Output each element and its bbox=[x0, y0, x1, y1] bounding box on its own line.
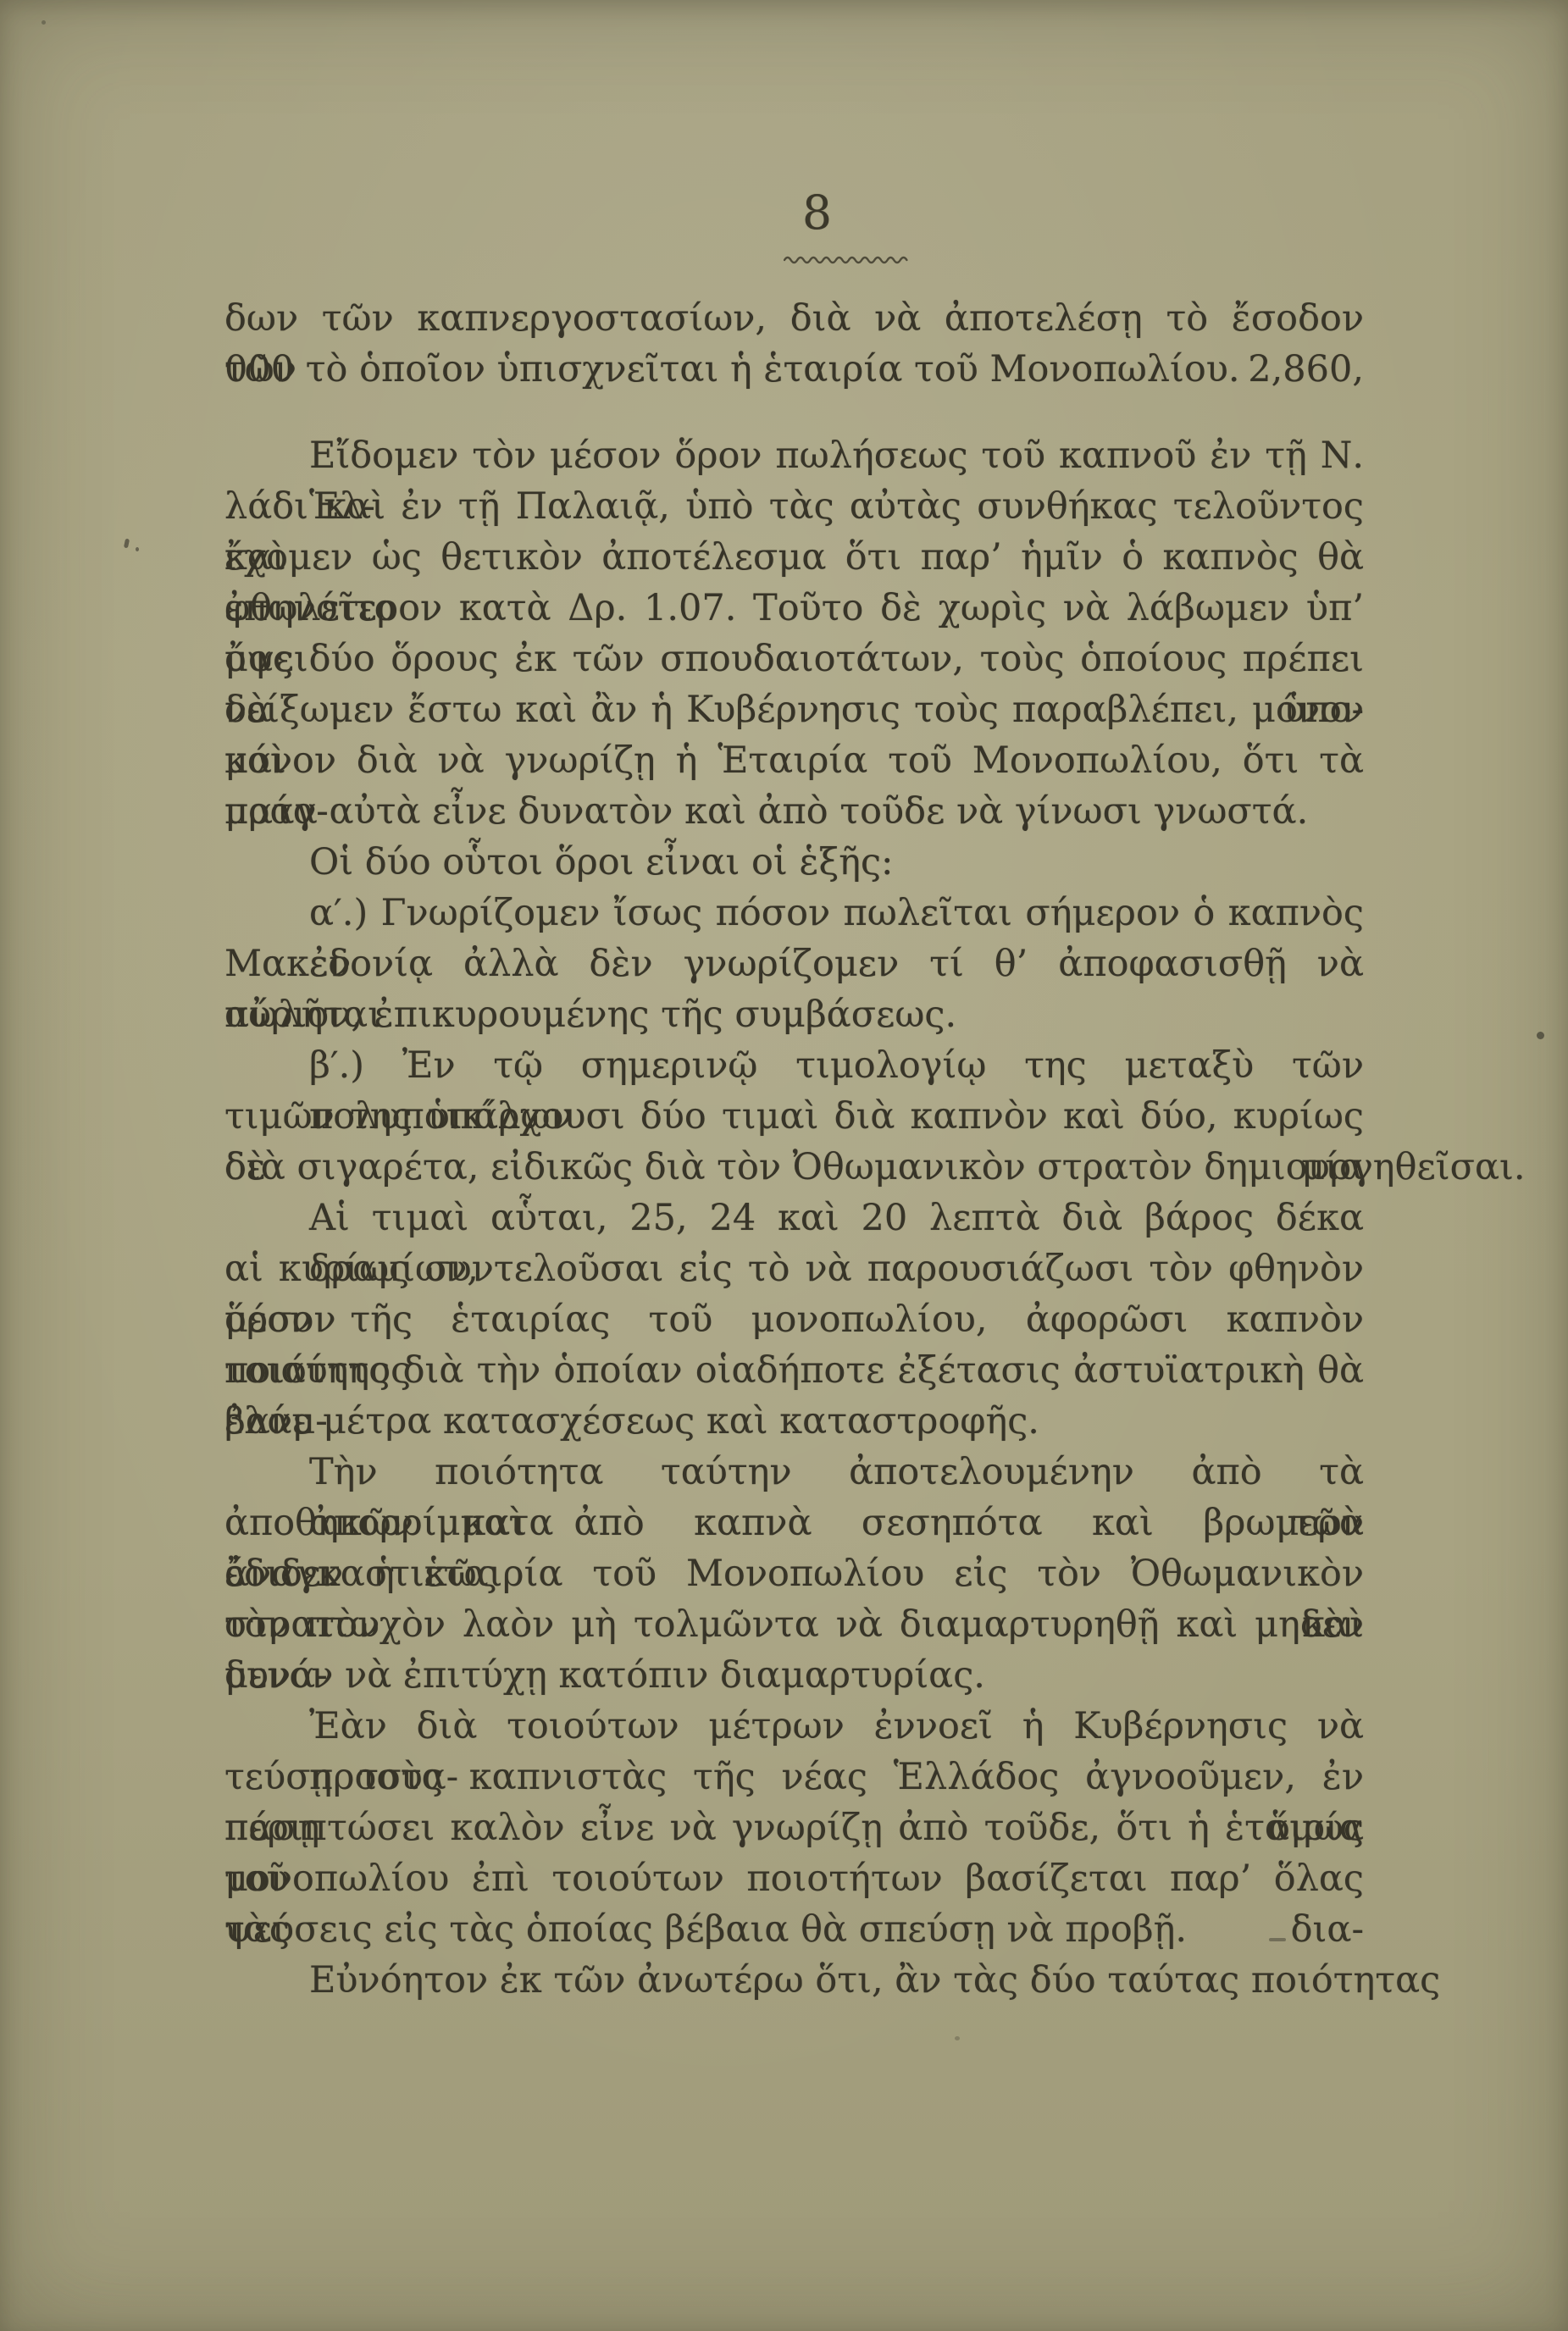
text-line: δων τῶν καπνεργοστασίων, διὰ νὰ ἀποτελέσ… bbox=[224, 293, 1364, 344]
paragraph: Αἱ τιμαὶ αὗται, 25, 24 καὶ 20 λεπτὰ διὰ … bbox=[224, 1193, 1364, 1447]
text-line: β′.) Ἐν τῷ σημερινῷ τιμολογίῳ της μεταξὺ… bbox=[224, 1040, 1364, 1091]
ink-speck bbox=[124, 539, 130, 549]
scanned-document-page: 8 δων τῶν καπνεργοστασίων, διὰ νὰ ἀποτελ… bbox=[0, 0, 1568, 2331]
paragraph: Εὐνόητον ἐκ τῶν ἀνωτέρω ὅτι, ἂν τὰς δύο … bbox=[224, 1955, 1364, 2006]
text-line: Αἱ τιμαὶ αὗται, 25, 24 καὶ 20 λεπτὰ διὰ … bbox=[224, 1193, 1364, 1243]
text-line: τεύσῃ τοὺς καπνιστὰς τῆς νέας Ἑλλάδος ἀγ… bbox=[224, 1752, 1364, 1802]
text-line: τοιαύτης διὰ τὴν ὁποίαν οἱαδήποτε ἐξέτασ… bbox=[224, 1345, 1364, 1396]
text-line: ματα αὐτὰ εἶνε δυνατὸν καὶ ἀπὸ τοῦδε νὰ … bbox=[224, 786, 1364, 837]
text-line: μας δύο ὅρους ἐκ τῶν σπουδαιοτάτων, τοὺς… bbox=[224, 634, 1364, 684]
text-line: Εἴδομεν τὸν μέσον ὅρον πωλήσεως τοῦ καπν… bbox=[224, 430, 1364, 481]
text-line: μενον νὰ ἐπιτύχῃ κατόπιν διαμαρτυρίας. bbox=[224, 1650, 1364, 1701]
text-line: μόνον διὰ νὰ γνωρίζῃ ἡ Ἑταιρία τοῦ Μονοπ… bbox=[224, 735, 1364, 786]
text-line: αὔριον, ἐπικυρουμένης τῆς συμβάσεως. bbox=[224, 989, 1364, 1040]
text-line: δείξωμεν ἔστω καὶ ἂν ἡ Κυβέρνησις τοὺς π… bbox=[224, 684, 1364, 735]
text-line: λάδι καὶ ἐν τῇ Παλαιᾷ, ὑπὸ τὰς αὐτὰς συν… bbox=[224, 481, 1364, 532]
text-line: Μακεδονίᾳ ἀλλὰ δὲν γνωρίζομεν τί θ’ ἀποφ… bbox=[224, 938, 1364, 989]
paragraph: Οἱ δύο οὗτοι ὅροι εἶναι οἱ ἑξῆς: bbox=[224, 837, 1364, 888]
text-line: μονοπωλίου ἐπὶ τοιούτων ποιοτήτων βασίζε… bbox=[224, 1853, 1364, 1904]
paragraph: α′.) Γνωρίζομεν ἴσως πόσον πωλεῖται σήμε… bbox=[224, 888, 1364, 1040]
paragraph: β′.) Ἐν τῷ σημερινῷ τιμολογίῳ της μεταξὺ… bbox=[224, 1040, 1364, 1193]
ink-speck bbox=[955, 2036, 960, 2040]
text-line: ἀποθηκῶν καὶ ἀπὸ καπνὰ σεσηπότα καὶ βρωμ… bbox=[224, 1498, 1364, 1548]
text-line: ἔδιδεν ἡ ἑταιρία τοῦ Μονοπωλίου εἰς τὸν … bbox=[224, 1548, 1364, 1599]
text-line: αἱ κυρίως συντελοῦσαι εἰς τὸ νὰ παρουσιά… bbox=[224, 1243, 1364, 1294]
text-line: Οἱ δύο οὗτοι ὅροι εἶναι οἱ ἑξῆς: bbox=[224, 837, 1364, 888]
text-line: τὸν πτωχὸν λαὸν μὴ τολμῶντα νὰ διαμαρτυρ… bbox=[224, 1599, 1364, 1650]
body-text: δων τῶν καπνεργοστασίων, διὰ νὰ ἀποτελέσ… bbox=[224, 293, 1364, 2006]
ink-speck bbox=[42, 20, 46, 25]
text-line: 000 τὸ ὁποῖον ὑπισχνεῖται ἡ ἑταιρία τοῦ … bbox=[224, 344, 1364, 395]
text-line: διὰ σιγαρέτα, εἰδικῶς διὰ τὸν Ὀθωμανικὸν… bbox=[224, 1142, 1364, 1193]
text-line: ὅρον τῆς ἑταιρίας τοῦ μονοπωλίου, ἀφορῶσ… bbox=[224, 1294, 1364, 1345]
paragraph: Εἴδομεν τὸν μέσον ὅρον πωλήσεως τοῦ καπν… bbox=[224, 430, 1364, 837]
text-line: βανε μέτρα κατασχέσεως καὶ καταστροφῆς. bbox=[224, 1396, 1364, 1447]
text-line: τιμῶν της ὑπάρχουσι δύο τιμαὶ διὰ καπνὸν… bbox=[224, 1091, 1364, 1142]
ink-speck bbox=[1537, 1032, 1544, 1039]
page-number-block: 8 bbox=[784, 190, 912, 266]
wavy-underline-icon bbox=[784, 254, 912, 266]
text-line: Ἐὰν διὰ τοιούτων μέτρων ἐννοεῖ ἡ Κυβέρνη… bbox=[224, 1701, 1364, 1752]
text-line: Εὐνόητον ἐκ τῶν ἀνωτέρω ὅτι, ἂν τὰς δύο … bbox=[224, 1955, 1364, 2006]
paragraph: Τὴν ποιότητα ταύτην ἀποτελουμένην ἀπὸ τὰ… bbox=[224, 1447, 1364, 1701]
ink-speck bbox=[136, 547, 139, 551]
text-line: περιπτώσει καλὸν εἶνε νὰ γνωρίζῃ ἀπὸ τοῦ… bbox=[224, 1802, 1364, 1853]
paragraph: Ἐὰν διὰ τοιούτων μέτρων ἐννοεῖ ἡ Κυβέρνη… bbox=[224, 1701, 1364, 1955]
paragraph: δων τῶν καπνεργοστασίων, διὰ νὰ ἀποτελέσ… bbox=[224, 293, 1364, 395]
page-number: 8 bbox=[784, 190, 912, 254]
text-line: ἔχομεν ὡς θετικὸν ἀποτέλεσμα ὅτι παρ’ ἡμ… bbox=[224, 532, 1364, 583]
ink-speck bbox=[1269, 1938, 1286, 1941]
text-line: α′.) Γνωρίζομεν ἴσως πόσον πωλεῖται σήμε… bbox=[224, 888, 1364, 938]
text-line: φθηνότερον κατὰ Δρ. 1.07. Τοῦτο δὲ χωρὶς… bbox=[224, 583, 1364, 634]
text-line: Τὴν ποιότητα ταύτην ἀποτελουμένην ἀπὸ τὰ… bbox=[224, 1447, 1364, 1498]
